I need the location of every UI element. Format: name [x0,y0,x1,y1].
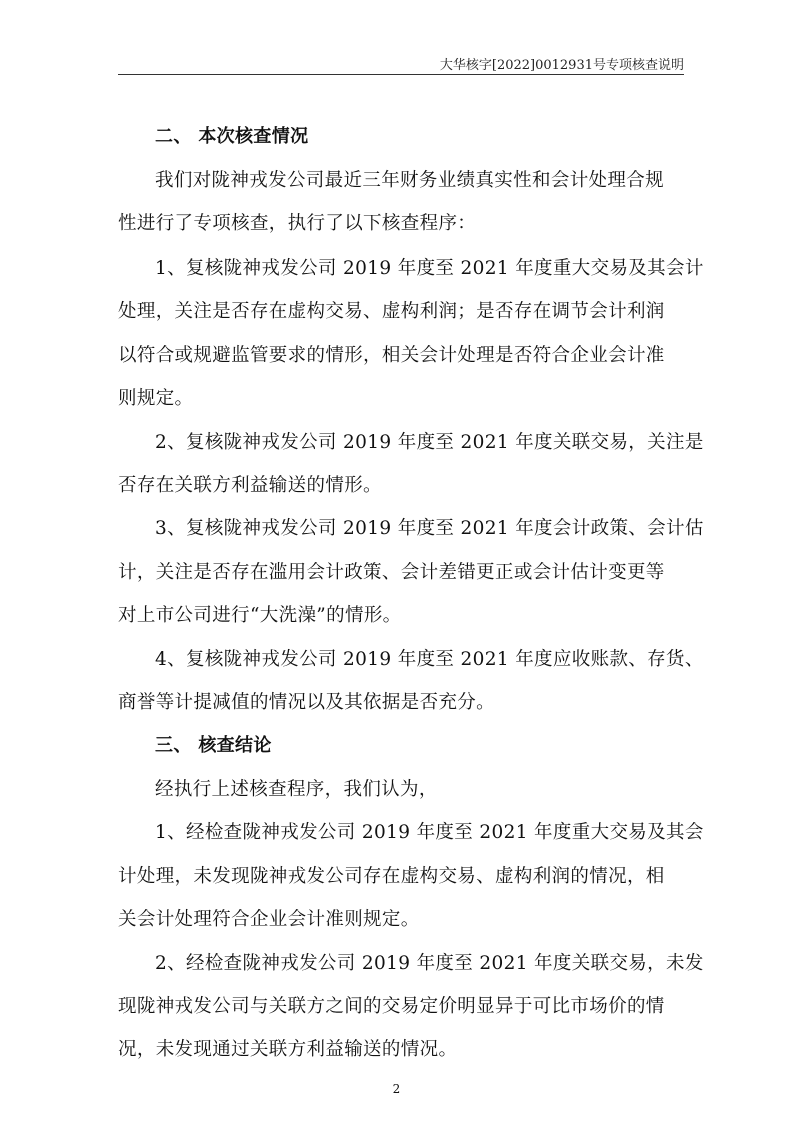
paragraph-line: 则规定。 [118,384,193,410]
paragraph-line: 关会计处理符合企业会计准则规定。 [118,905,420,931]
paragraph-line: 对上市公司进行“大洗澡”的情形。 [118,601,402,627]
paragraph-line: 我们对陇神戎发公司最近三年财务业绩真实性和会计处理合规 [155,166,664,192]
paragraph-line: 计，关注是否存在滥用会计政策、会计差错更正或会计估计变更等 [118,558,665,584]
section-heading-3: 三、 核查结论 [155,731,272,757]
paragraph-line: 处理，关注是否存在虚构交易、虚构利润；是否存在调节会计利润 [118,297,665,323]
paragraph-line: 1、经检查陇神戎发公司 2019 年度至 2021 年度重大交易及其会 [155,818,704,844]
paragraph-line: 2、经检查陇神戎发公司 2019 年度至 2021 年度关联交易，未发 [155,949,704,975]
paragraph-line: 3、复核陇神戎发公司 2019 年度至 2021 年度会计政策、会计估 [155,514,704,540]
paragraph-line: 商誉等计提减值的情况以及其依据是否充分。 [118,688,495,714]
report-number: 大华核字[2022]0012931号专项核查说明 [440,54,684,73]
paragraph-line: 性进行了专项核查，执行了以下核查程序： [118,209,476,235]
page-number: 2 [0,1082,793,1096]
paragraph-line: 4、复核陇神戎发公司 2019 年度至 2021 年度应收账款、存货、 [155,645,704,671]
paragraph-line: 经执行上述核查程序，我们认为， [155,775,438,801]
paragraph-line: 计处理，未发现陇神戎发公司存在虚构交易、虚构利润的情况，相 [118,862,665,888]
paragraph-line: 以符合或规避监管要求的情形，相关会计处理是否符合企业会计准 [118,341,665,367]
paragraph-line: 1、复核陇神戎发公司 2019 年度至 2021 年度重大交易及其会计 [155,254,704,280]
page-header: 大华核字[2022]0012931号专项核查说明 [118,52,684,75]
paragraph-line: 2、复核陇神戎发公司 2019 年度至 2021 年度关联交易，关注是 [155,428,704,454]
paragraph-line: 现陇神戎发公司与关联方之间的交易定价明显异于可比市场价的情 [118,992,665,1018]
paragraph-line: 否存在关联方利益输送的情形。 [118,471,382,497]
paragraph-line: 况，未发现通过关联方利益输送的情况。 [118,1035,457,1061]
section-heading-2: 二、 本次核查情况 [155,122,308,148]
